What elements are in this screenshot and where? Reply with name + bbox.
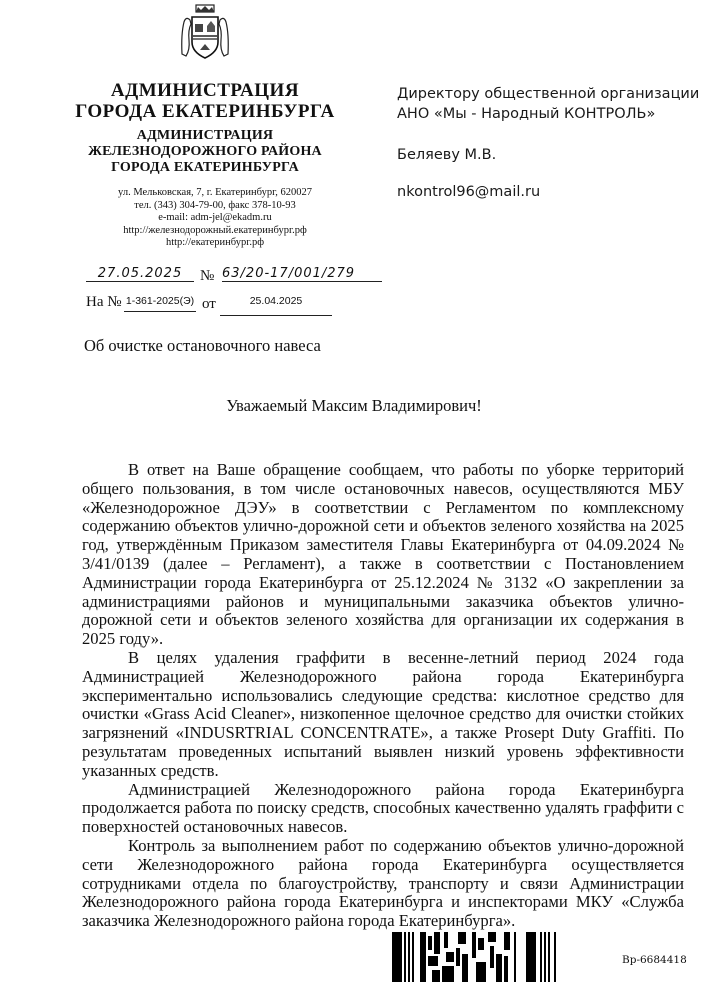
number-label: №: [200, 268, 214, 285]
dept-name-line2: ЖЕЛЕЗНОДОРОЖНОГО РАЙОНА: [60, 144, 350, 160]
org-name-line1: АДМИНИСТРАЦИЯ: [60, 80, 350, 101]
contact-block: ул. Мельковская, 7, г. Екатеринбург, 620…: [60, 187, 370, 250]
org-name-line2: ГОРОДА ЕКАТЕРИНБУРГА: [60, 101, 350, 122]
outgoing-date: 27.05.2025: [86, 266, 194, 282]
letter-subject: Об очистке остановочного навеса: [84, 336, 321, 356]
letter-body: В ответ на Ваше обращение сообщаем, что …: [82, 461, 684, 931]
reply-date: 25.04.2025: [220, 295, 332, 316]
pdf417-barcode-icon: [392, 932, 560, 982]
outgoing-number: 63/20-17/001/279: [222, 266, 382, 282]
reply-label: На №: [86, 294, 122, 311]
dept-name-line3: ГОРОДА ЕКАТЕРИНБУРГА: [60, 160, 350, 176]
recipient-organization: АНО «Мы - Народный КОНТРОЛЬ»: [397, 104, 655, 124]
recipient-email[interactable]: nkontrol96@mail.ru: [397, 182, 540, 202]
dept-name-line1: АДМИНИСТРАЦИЯ: [60, 128, 350, 144]
reply-number: 1-361-2025(Э): [124, 295, 196, 312]
paragraph-1: В ответ на Ваше обращение сообщаем, что …: [82, 461, 684, 649]
recipient-position: Директору общественной организации: [397, 84, 699, 104]
recipient-name: Беляеву М.В.: [397, 145, 496, 165]
paragraph-2: В целях удаления граффити в весенне-летн…: [82, 649, 684, 781]
website-link-district[interactable]: http://железнодорожный.екатеринбург.рф: [60, 225, 370, 238]
paragraph-4: Контроль за выполнением работ по содержа…: [82, 837, 684, 931]
paragraph-3: Администрацией Железнодорожного района г…: [82, 781, 684, 837]
phone-fax: тел. (343) 304-79-00, факс 378-10-93: [60, 200, 370, 213]
email-link[interactable]: e-mail: adm-jel@ekadm.ru: [60, 212, 370, 225]
address: ул. Мельковская, 7, г. Екатеринбург, 620…: [60, 187, 370, 200]
website-link-city[interactable]: http://екатеринбург.рф: [60, 237, 370, 250]
greeting: Уважаемый Максим Владимирович!: [0, 396, 708, 416]
from-label: от: [202, 296, 216, 313]
coat-of-arms-icon: [178, 4, 232, 62]
document-code: Вр-6684418: [622, 954, 687, 966]
